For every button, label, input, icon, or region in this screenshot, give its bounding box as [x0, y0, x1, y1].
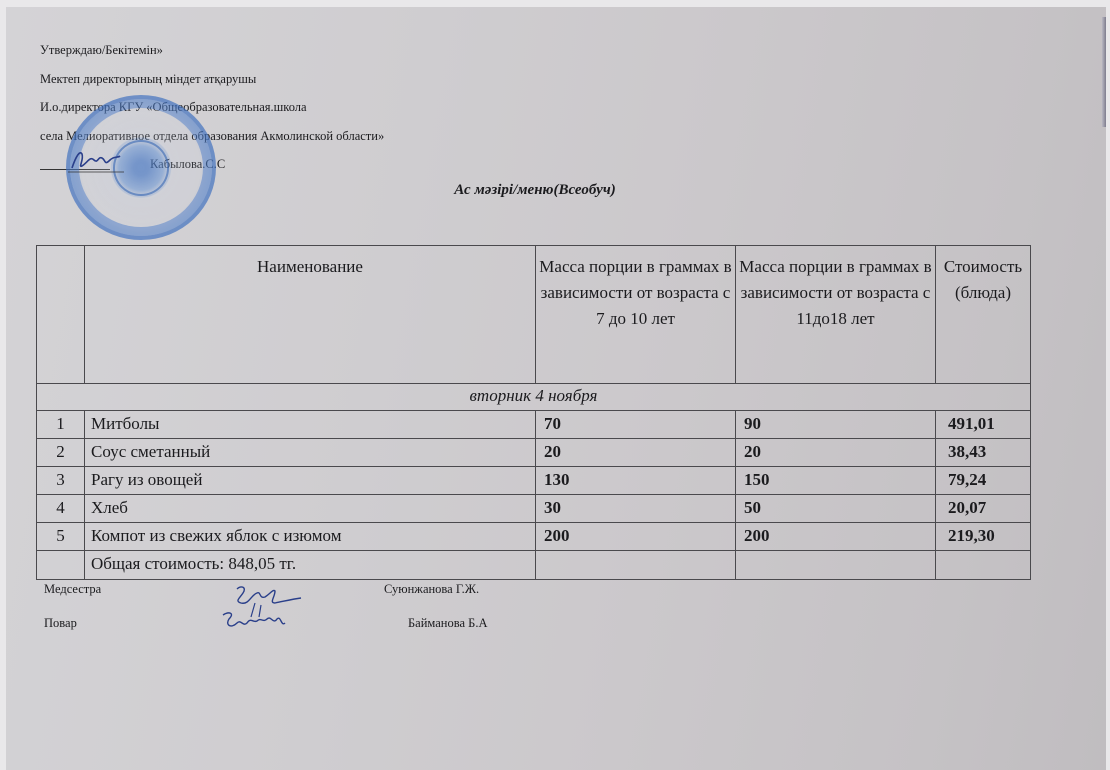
dish-cost: 38,43 — [936, 439, 1031, 467]
row-number: 1 — [37, 411, 85, 439]
header-mass-11-18: Масса порции в граммах в зависимости от … — [736, 246, 936, 384]
mass-7-10: 30 — [536, 495, 736, 523]
header-name: Наименование — [85, 246, 536, 384]
total-empty-cell — [736, 551, 936, 580]
mass-7-10: 70 — [536, 411, 736, 439]
day-label: вторник 4 ноября — [37, 384, 1031, 411]
dish-name: Митболы — [85, 411, 536, 439]
mass-11-18: 20 — [736, 439, 936, 467]
dish-cost: 79,24 — [936, 467, 1031, 495]
day-row: вторник 4 ноября — [37, 384, 1031, 411]
row-number: 5 — [37, 523, 85, 551]
dish-name: Компот из свежих яблок с изюмом — [85, 523, 536, 551]
table-row: 1 Митболы 70 90 491,01 — [37, 411, 1031, 439]
dish-name: Хлеб — [85, 495, 536, 523]
dish-cost: 20,07 — [936, 495, 1031, 523]
total-empty-cell — [37, 551, 85, 580]
dish-name: Рагу из овощей — [85, 467, 536, 495]
row-number: 2 — [37, 439, 85, 467]
nurse-role: Медсестра — [44, 582, 101, 597]
mass-11-18: 150 — [736, 467, 936, 495]
menu-table: Наименование Масса порции в граммах в за… — [36, 245, 1031, 580]
cook-role: Повар — [44, 616, 77, 631]
table-header-row: Наименование Масса порции в граммах в за… — [37, 246, 1031, 384]
table-row: 5 Компот из свежих яблок с изюмом 200 20… — [37, 523, 1031, 551]
director-signature-icon — [68, 146, 124, 174]
total-row: Общая стоимость: 848,05 тг. — [37, 551, 1031, 580]
total-cost-label: Общая стоимость: 848,05 тг. — [85, 551, 536, 580]
mass-7-10: 200 — [536, 523, 736, 551]
table-row: 4 Хлеб 30 50 20,07 — [37, 495, 1031, 523]
mass-11-18: 50 — [736, 495, 936, 523]
table-row: 2 Соус сметанный 20 20 38,43 — [37, 439, 1031, 467]
row-number: 3 — [37, 467, 85, 495]
mass-11-18: 90 — [736, 411, 936, 439]
cook-name: Байманова Б.А — [408, 616, 487, 631]
header-mass-7-10: Масса порции в граммах в зависимости от … — [536, 246, 736, 384]
dish-name: Соус сметанный — [85, 439, 536, 467]
nurse-name: Суюнжанова Г.Ж. — [384, 582, 479, 597]
total-empty-cell — [536, 551, 736, 580]
page-edge-shadow — [1102, 17, 1106, 127]
dish-cost: 219,30 — [936, 523, 1031, 551]
table-row: 3 Рагу из овощей 130 150 79,24 — [37, 467, 1031, 495]
header-number — [37, 246, 85, 384]
dish-cost: 491,01 — [936, 411, 1031, 439]
approval-line-2: Мектеп директорының міндет атқарушы — [40, 65, 384, 94]
row-number: 4 — [37, 495, 85, 523]
mass-7-10: 20 — [536, 439, 736, 467]
mass-7-10: 130 — [536, 467, 736, 495]
total-empty-cell — [936, 551, 1031, 580]
approval-line-1: Утверждаю/Бекітемін» — [40, 36, 384, 65]
header-cost: Стоимость (блюда) — [936, 246, 1031, 384]
mass-11-18: 200 — [736, 523, 936, 551]
document-title: Ас мәзірі/меню(Всеобуч) — [0, 182, 1070, 199]
nurse-cook-signature-icon — [215, 583, 305, 635]
